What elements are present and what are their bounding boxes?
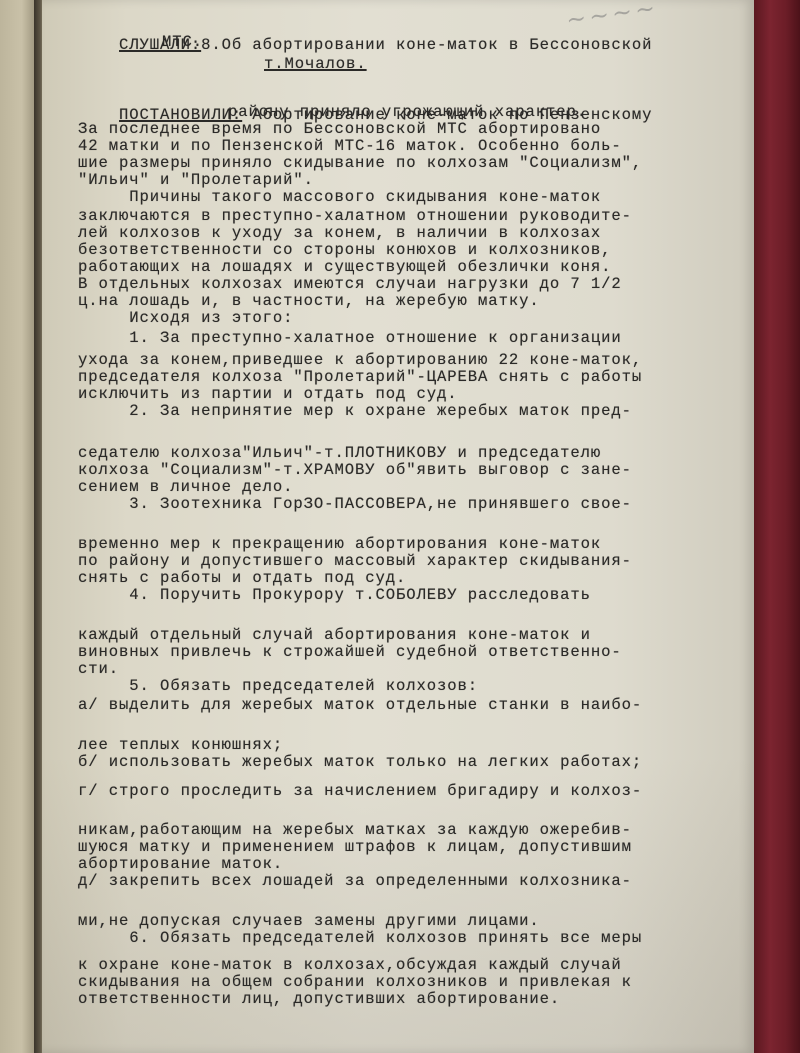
body-line: колхоза "Социализм"-т.ХРАМОВУ об"явить в…: [78, 462, 632, 479]
body-line: г/ строго проследить за начислением бриг…: [78, 783, 642, 800]
body-line: б/ использовать жеребых маток только на …: [78, 754, 642, 771]
body-line: седателю колхоза"Ильич"-т.ПЛОТНИКОВУ и п…: [78, 445, 601, 462]
body-line: сти.: [78, 661, 119, 678]
body-line: сением в личное дело.: [78, 479, 293, 496]
body-line: заключаются в преступно-халатном отношен…: [78, 208, 632, 225]
body-line: ответственности лиц, допустивших абортир…: [78, 991, 560, 1008]
body-line: ми,не допуская случаев замены другими ли…: [78, 913, 540, 930]
body-line: лее теплых конюшнях;: [78, 737, 283, 754]
body-line: лей колхозов к уходу за конем, в наличии…: [78, 225, 601, 242]
body-line: исключить из партии и отдать под суд.: [78, 386, 458, 403]
listened-text: 8.Об абортировании коне-маток в Бессонов…: [201, 36, 652, 54]
body-line: работающих на лошадях и существующей обе…: [78, 259, 611, 276]
body-line: Исходя из этого:: [78, 310, 293, 327]
body-line: ухода за конем,приведшее к абортированию…: [78, 352, 642, 369]
body-line: Причины такого массового скидывания коне…: [78, 189, 601, 206]
red-folder-binding: [754, 0, 800, 1053]
typewritten-text: СЛУШАЛИ:8.Об абортировании коне-маток в …: [78, 0, 768, 136]
body-line: 42 матки и по Пензенской МТС-16 маток. О…: [78, 138, 622, 155]
body-line: 4. Поручить Прокурору т.СОБОЛЕВУ расслед…: [78, 587, 591, 604]
body-line: безответственности со стороны конюхов и …: [78, 242, 611, 259]
body-line: 2. За непринятие мер к охране жеребых ма…: [78, 403, 632, 420]
body-line: виновных привлечь к строжайшей судебной …: [78, 644, 622, 661]
body-line: а/ выделить для жеребых маток отдельные …: [78, 697, 642, 714]
body-line: За последнее время по Бессоновской МТС а…: [78, 121, 601, 138]
listened-text-continued: МТС.: [162, 34, 203, 51]
body-line: временно мер к прекращению абортирования…: [78, 536, 601, 553]
body-line: шуюся матку и применением штрафов к лица…: [78, 839, 632, 856]
body-line: абортирование маток.: [78, 856, 283, 873]
body-line: шие размеры приняло скидывание по колхоз…: [78, 155, 642, 172]
body-line: В отдельных колхозах имеются случаи нагр…: [78, 276, 622, 293]
speaker-name: т.Мочалов.: [264, 56, 367, 73]
body-line: 5. Обязать председателей колхозов:: [78, 678, 478, 695]
body-line: скидывания на общем собрании колхозников…: [78, 974, 632, 991]
body-line: по району и допустившего массовый характ…: [78, 553, 632, 570]
body-line: 3. Зоотехника ГорЗО-ПАССОВЕРА,не принявш…: [78, 496, 632, 513]
body-line: снять с работы и отдать под суд.: [78, 570, 406, 587]
body-line: д/ закрепить всех лошадей за определенны…: [78, 873, 632, 890]
body-line: 1. За преступно-халатное отношение к орг…: [78, 330, 622, 347]
body-line: никам,работающим на жеребых матках за ка…: [78, 822, 632, 839]
body-line: району приняло угрожающий характер.: [228, 104, 587, 121]
body-line: каждый отдельный случай абортирования ко…: [78, 627, 591, 644]
body-line: ц.на лошадь и, в частности, на жеребую м…: [78, 293, 540, 310]
speaker-label: т.Мочалов.: [264, 55, 367, 73]
body-line: к охране коне-маток в колхозах,обсуждая …: [78, 957, 622, 974]
body-line: председателя колхоза "Пролетарий"-ЦАРЕВА…: [78, 369, 642, 386]
facing-page-edge: [0, 0, 36, 1053]
body-line: "Ильич" и "Пролетарий".: [78, 172, 314, 189]
body-line: 6. Обязать председателей колхозов принят…: [78, 930, 642, 947]
